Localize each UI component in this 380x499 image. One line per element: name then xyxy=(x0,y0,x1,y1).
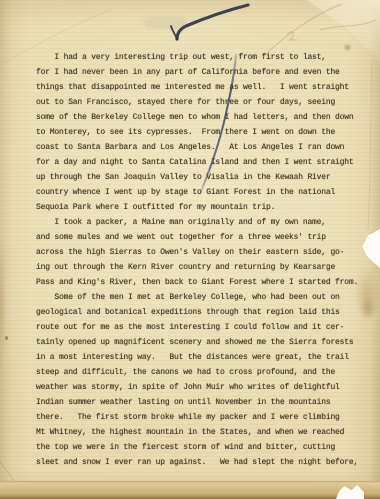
typed-line: things that disappointed me interested m… xyxy=(36,80,370,95)
typed-line: ing out through the Kern River country a… xyxy=(36,260,370,275)
typed-line: for I had never been in any part of Cali… xyxy=(36,65,370,80)
typed-line: geological and botanical expeditions thr… xyxy=(36,305,370,320)
typed-line: sleet and snow I ever ran up against. We… xyxy=(36,455,370,470)
typed-line: route out for me as the most interesting… xyxy=(36,320,370,335)
typed-line: country whence I went up by stage to Gia… xyxy=(36,185,370,200)
typed-line: Some of the men I met at Berkeley Colleg… xyxy=(36,290,370,305)
typed-line: to Monterey, to see its cypresses. From … xyxy=(36,125,370,140)
typed-line: across the high Sierras to Owen's Valley… xyxy=(36,245,370,260)
typed-line: there. The first storm broke while my pa… xyxy=(36,410,370,425)
typed-line: I took a packer, a Maine man originally … xyxy=(36,215,370,230)
typed-line: Indian summer weather lasting on until N… xyxy=(36,395,370,410)
typed-line: Mt Whitney, the highest mountain in the … xyxy=(36,425,370,440)
stain xyxy=(5,336,8,340)
typed-line: up through the San Joaquin Valley to Vis… xyxy=(36,170,370,185)
typed-line: coast to Santa Barbara and Los Angeles. … xyxy=(36,140,370,155)
typed-line: Sequoia Park where I outfitted for my mo… xyxy=(36,200,370,215)
typed-line: tainly opened up magnificent scenery and… xyxy=(36,335,370,350)
typed-line: the top we were in the fiercest storm of… xyxy=(36,440,370,455)
stain xyxy=(0,240,6,370)
typed-line: some of the Berkeley College men to whom… xyxy=(36,110,370,125)
faint-smudge xyxy=(144,17,186,29)
typed-line: steep and difficult, the canons we had t… xyxy=(36,365,370,380)
bottom-fold-band xyxy=(0,481,380,499)
typed-line: Pass and King's River, then back to Gian… xyxy=(36,275,370,290)
typed-line: out to San Francisco, stayed there for t… xyxy=(36,95,370,110)
typed-line: for a day and night to Santa Catalina Is… xyxy=(36,155,370,170)
typed-line: I had a very interesting trip out west, … xyxy=(36,50,370,65)
typed-text-block: I had a very interesting trip out west, … xyxy=(36,50,370,470)
typed-line: weather was stormy, in spite of John Mui… xyxy=(36,380,370,395)
typed-line: in a most interesting way. But the dista… xyxy=(36,350,370,365)
document-page: I had a very interesting trip out west, … xyxy=(0,0,380,499)
typed-line: and some mules and we went out together … xyxy=(36,230,370,245)
